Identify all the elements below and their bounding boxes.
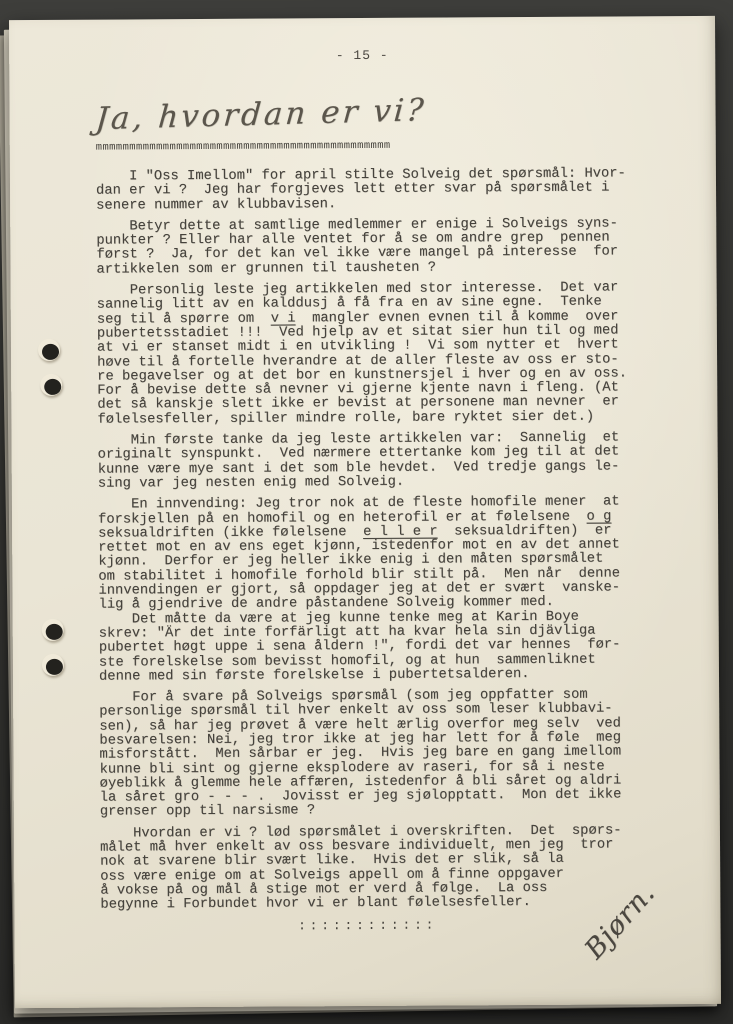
punch-hole [42, 619, 64, 641]
paragraph: Betyr dette at samtlige medlemmer er eni… [96, 217, 671, 278]
punch-hole [38, 339, 60, 361]
punch-hole [42, 654, 64, 676]
page-number: - 15 - [9, 46, 715, 65]
paragraph: Det måtte da være at jeg kunne tenke meg… [99, 610, 674, 685]
paragraph: Personlig leste jeg artikkelen med stor … [97, 281, 673, 427]
paper-page: - 15 - Ja, hvordan er vi? mmmmmmmmmmmmmm… [9, 16, 721, 1008]
handwritten-title: Ja, hvordan er vi? [94, 92, 427, 137]
punch-hole [40, 374, 62, 396]
paragraph: En innvending: Jeg tror nok at de fleste… [98, 495, 674, 613]
body-text: I "Oss Imellom" for april stilte Solveig… [96, 167, 676, 920]
title-underline: mmmmmmmmmmmmmmmmmmmmmmmmmmmmmmmmmmmmmmmm… [96, 140, 391, 154]
paragraph: I "Oss Imellom" for april stilte Solveig… [96, 167, 671, 213]
paragraph: For å svare på Solveigs spørsmål (som je… [99, 688, 675, 820]
paragraph: Min første tanke da jeg leste artikkelen… [98, 431, 673, 492]
scan-background: - 15 - Ja, hvordan er vi? mmmmmmmmmmmmmm… [0, 0, 733, 1024]
paragraph: Hvordan er vi ? lød spørsmålet i overskr… [100, 824, 676, 913]
